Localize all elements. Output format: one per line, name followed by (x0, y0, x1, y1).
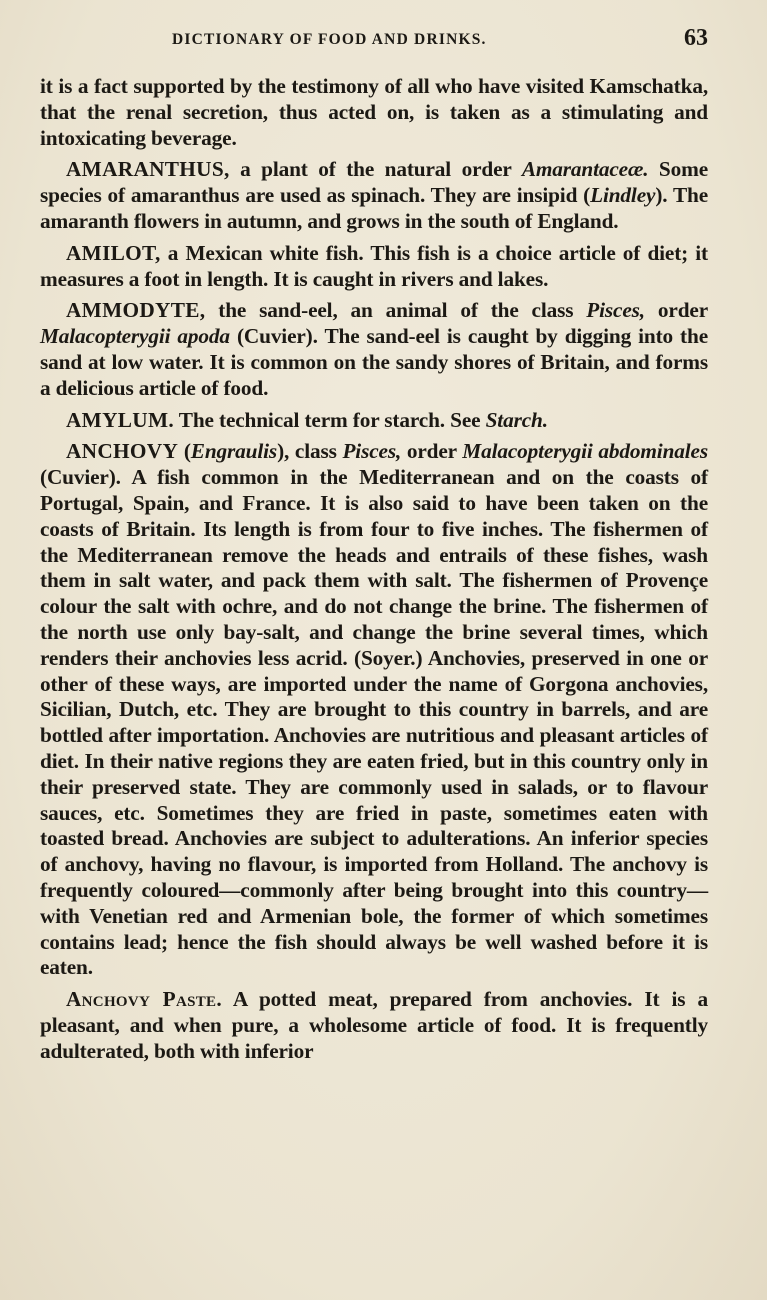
entry-ammodyte: AMMODYTE, the sand-eel, an animal of the… (40, 298, 708, 401)
entry-text: ), class (277, 439, 342, 463)
headword: AMARANTHUS, (66, 157, 230, 181)
entry-text: (Cuvier). A fish common in the Mediterra… (40, 465, 708, 979)
headword: AMYLUM. (66, 408, 174, 432)
paragraph-text: it is a fact supported by the testimony … (40, 74, 708, 150)
italic-term: Amarantaceæ. (522, 157, 649, 181)
italic-term: Malacopterygii apoda (40, 324, 230, 348)
entry-text: the sand-eel, an animal of the class (205, 298, 586, 322)
headword: AMILOT, (66, 241, 161, 265)
cross-reference: Starch. (486, 408, 548, 432)
italic-citation: Lindley (590, 183, 655, 207)
entry-amylum: AMYLUM. The technical term for starch. S… (40, 408, 708, 434)
entry-text: order (645, 298, 708, 322)
entry-text: order (401, 439, 462, 463)
headword: AMMODYTE, (66, 298, 205, 322)
italic-term: Pisces, (586, 298, 645, 322)
paragraph-continuation: it is a fact supported by the testimony … (40, 74, 708, 151)
italic-term: Pisces, (342, 439, 401, 463)
headword: ANCHOVY (66, 439, 178, 463)
entry-text: ( (178, 439, 191, 463)
entry-text: a plant of the natural order (230, 157, 522, 181)
headword: Anchovy Paste. (66, 987, 222, 1011)
italic-term: Engraulis (191, 439, 277, 463)
entry-anchovy-paste: Anchovy Paste. A potted meat, prepared f… (40, 987, 708, 1064)
page-number: 63 (684, 25, 708, 52)
body-text: it is a fact supported by the testimony … (40, 74, 708, 1064)
entry-text: The technical term for starch. See (174, 408, 486, 432)
italic-term: Malacopterygii abdominales (462, 439, 708, 463)
entry-anchovy: ANCHOVY (Engraulis), class Pisces, order… (40, 439, 708, 981)
running-title: DICTIONARY OF FOOD AND DRINKS. (172, 31, 487, 49)
entry-amaranthus: AMARANTHUS, a plant of the natural order… (40, 157, 708, 234)
entry-amilot: AMILOT, a Mexican white fish. This fish … (40, 241, 708, 293)
running-head: DICTIONARY OF FOOD AND DRINKS. 63 (40, 25, 708, 55)
